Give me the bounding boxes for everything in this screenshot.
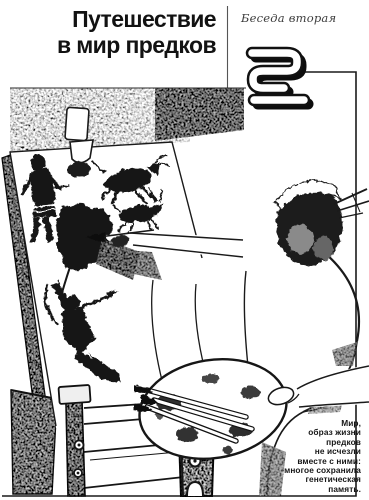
artist-forearm [292, 364, 369, 408]
artist-head [273, 180, 369, 264]
chapter-label: Беседа вторая [241, 11, 336, 25]
caption-text: Мир, образ жизни предков не исчезли вмес… [211, 419, 361, 494]
book-page: Путешествие в мир предков Беседа вторая … [0, 0, 369, 500]
numeral-2-glyph [252, 53, 308, 104]
stippled-band [10, 88, 246, 153]
page-title: Путешествие в мир предков [0, 6, 216, 58]
